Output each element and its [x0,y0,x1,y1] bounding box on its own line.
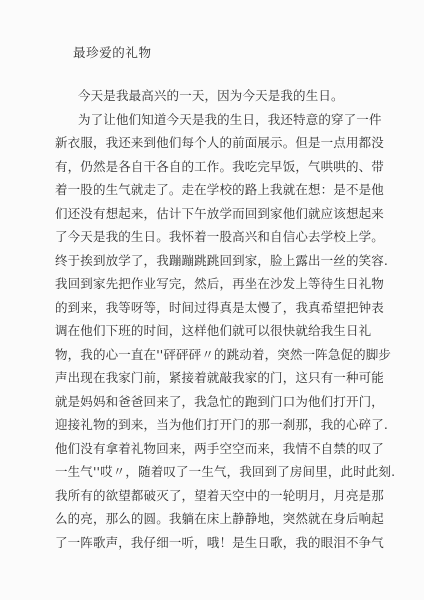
essay-line: 着一股的生气就走了。走在学校的路上我就在想：是不是他 [55,178,373,202]
essay-body: 今天是我最高兴的一天，因为今天是我的生日。为了让他们知道今天是我的生日，我还特意… [55,84,373,554]
essay-line: 物，我的心一直在''砰砰砰〃的跳动着，突然一阵急促的脚步 [55,343,373,367]
essay-line: 我回到家先把作业写完，然后，再坐在沙发上等待生日礼物 [55,272,373,296]
essay-line: 的到来，我等呀等，时间过得真是太慢了，我真希望把钟表 [55,296,373,320]
essay-line: 了一阵歌声，我仔细一听，哦！是生日歌，我的眼泪不争气 [55,531,373,555]
essay-line: 他们没有拿着礼物回来，两手空空而来，我情不自禁的叹了 [55,437,373,461]
essay-line: 一生气''哎〃，随着叹了一生气，我回到了房间里，此时此刻. [55,460,373,484]
essay-title: 最珍爱的礼物 [73,43,152,61]
essay-line: 终于挨到放学了，我蹦蹦跳跳回到家，脸上露出一丝的笑容. [55,249,373,273]
essay-line: 迎接礼物的到来，当为他们打开门的那一刹那，我的心碎了. [55,413,373,437]
essay-line: 么的亮，那么的圆。我躺在床上静静地，突然就在身后响起 [55,507,373,531]
essay-line: 们还没有想起来，估计下午放学而回到家他们就应该想起来 [55,202,373,226]
essay-line: 就是妈妈和爸爸回来了，我急忙的跑到门口为他们打开门， [55,390,373,414]
essay-line: 声出现在我家门前，紧接着就敲我家的门，这只有一种可能 [55,366,373,390]
essay-line: 了今天是我的生日。我怀着一股高兴和自信心去学校上学。 [55,225,373,249]
essay-line: 调在他们下班的时间，这样他们就可以很快就给我生日礼 [55,319,373,343]
essay-line: 新衣服，我还来到他们每个人的前面展示。但是一点用都没 [55,131,373,155]
essay-line: 为了让他们知道今天是我的生日，我还特意的穿了一件 [55,108,373,132]
document-page: 最珍爱的礼物 今天是我最高兴的一天，因为今天是我的生日。为了让他们知道今天是我的… [0,0,424,600]
essay-line: 我所有的欲望都破灭了，望着天空中的一轮明月，月亮是那 [55,484,373,508]
essay-line: 有，仍然是各自干各自的工作。我吃完早饭，气哄哄的、带 [55,155,373,179]
essay-line: 今天是我最高兴的一天，因为今天是我的生日。 [55,84,373,108]
